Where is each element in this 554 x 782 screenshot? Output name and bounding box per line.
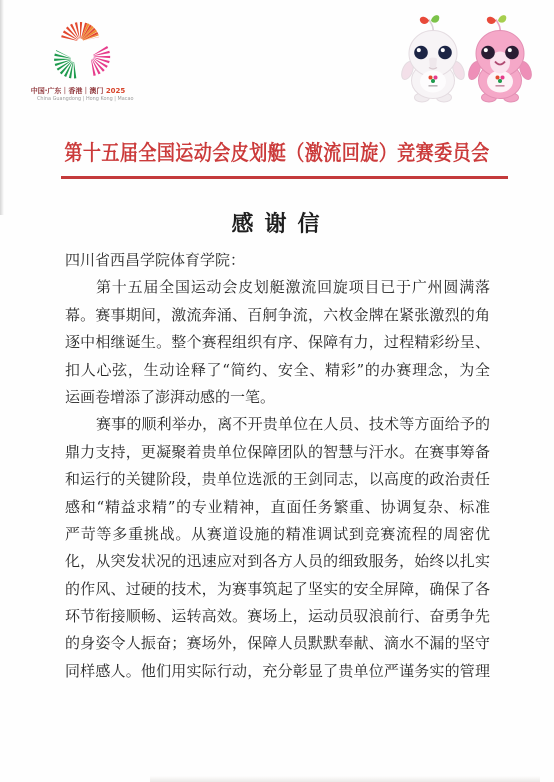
scanned-letter-page: 中国·广东｜香港｜澳门 2025 China Guangdong | Hong …	[0, 0, 554, 782]
letter-line: 扣人心弦，生动诠释了“简约、安全、精彩”的办赛理念，为全	[65, 357, 490, 384]
letter-line: 第十五届全国运动会皮划艇激流回旋项目已于广州圆满落	[65, 274, 490, 301]
letter-line: 的作风、过硬的技术，为赛事筑起了坚实的安全屏障，确保了各	[65, 576, 490, 603]
pink-dolphin-mascot-image	[468, 11, 532, 104]
letter-line: 严苛等多重挑战。从赛道设施的精准调试到竞赛流程的周密优	[65, 521, 490, 548]
national-games-emblem-icon	[40, 13, 120, 88]
letter-line: 和运行的关键阶段，贵单位选派的王剑同志，以高度的政治责任	[65, 466, 490, 493]
scan-edge-artifact-left	[0, 0, 4, 215]
letter-line: 逐中相继诞生。整个赛程组织有序、保障有力，过程精彩纷呈、	[65, 329, 490, 356]
committee-title: 第十五届全国运动会皮划艇（激流回旋）竞赛委员会	[39, 137, 515, 167]
letter-title: 感谢信	[0, 207, 554, 238]
letter-line: 幕。赛事期间，激流奔涌、百舸争流，六枚金牌在紧张激烈的角	[65, 302, 490, 329]
letter-line: 环节衔接顺畅、运转高效。赛场上，运动员驭浪前行、奋勇争先	[65, 603, 490, 630]
emblem-caption-english: China Guangdong | Hong Kong | Macao	[37, 96, 119, 102]
letter-line: 的身姿令人振奋；赛场外，保障人员默默奉献、滴水不漏的坚守	[65, 630, 490, 657]
letter-line: 运画卷增添了澎湃动感的一笔。	[65, 384, 490, 411]
letterhead-divider	[61, 176, 508, 179]
salutation-line: 四川省西昌学院体育学院：	[65, 247, 490, 274]
scan-edge-artifact-bottom	[150, 776, 540, 782]
letter-line: 同样感人。他们用实际行动，充分彰显了贵单位严谨务实的管理	[65, 658, 490, 685]
letter-line: 鼎力支持，更凝聚着贵单位保障团队的智慧与汗水。在赛事筹备	[65, 439, 490, 466]
emblem-caption-year: 2025	[106, 87, 125, 95]
emblem-caption-cities: 中国·广东｜香港｜澳门	[31, 87, 104, 95]
white-dolphin-mascot-image	[401, 11, 465, 104]
letter-body: 四川省西昌学院体育学院： 第十五届全国运动会皮划艇激流回旋项目已于广州圆满落 幕…	[65, 247, 490, 685]
emblem-caption: 中国·广东｜香港｜澳门 2025 China Guangdong | Hong …	[28, 87, 128, 103]
mascots-photo	[401, 11, 532, 104]
letter-line: 感和“精益求精”的专业精神，直面任务繁重、协调复杂、标准	[65, 494, 490, 521]
letter-line: 赛事的顺利举办，离不开贵单位在人员、技术等方面给予的	[65, 411, 490, 438]
letter-line: 化，从突发状况的迅速应对到各方人员的细致服务，始终以扎实	[65, 548, 490, 575]
emblem-caption-chinese: 中国·广东｜香港｜澳门 2025	[28, 87, 128, 96]
